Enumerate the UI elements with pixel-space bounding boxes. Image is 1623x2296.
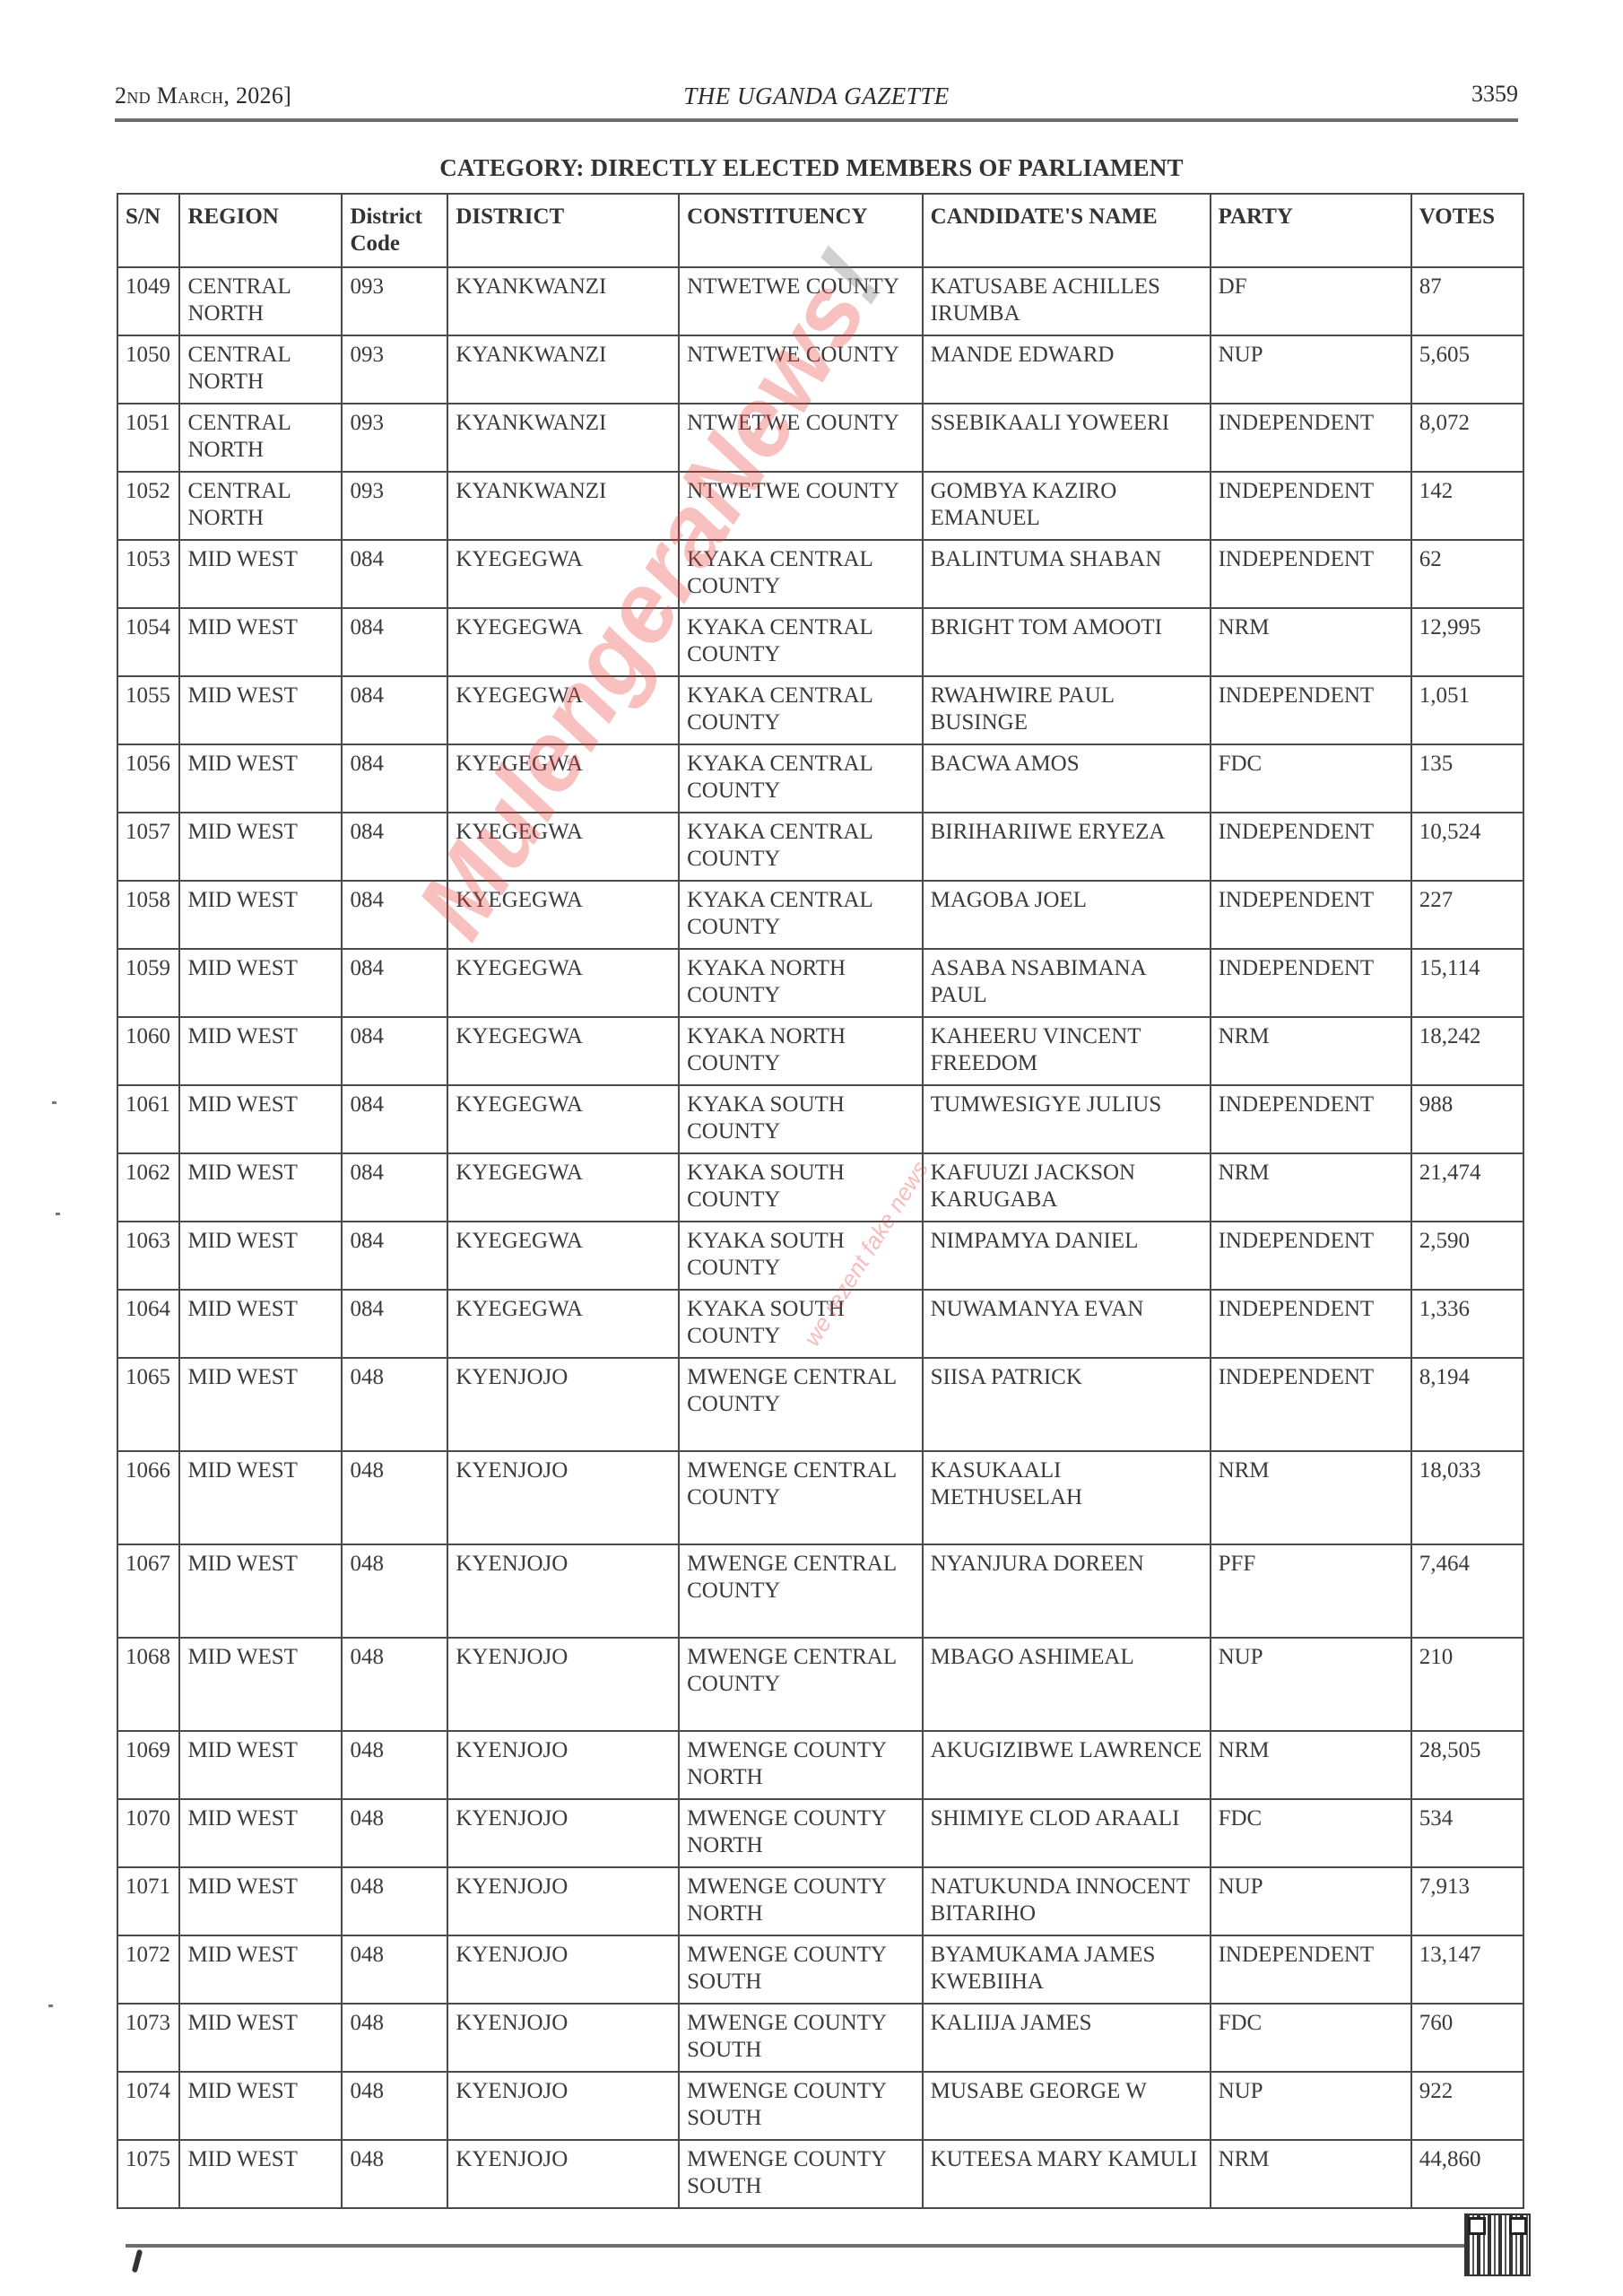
cell-candidate-name: BACWA AMOS	[923, 744, 1211, 813]
cell-region: MID WEST	[179, 676, 342, 744]
publication-title: THE UGANDA GAZETTE	[115, 83, 1518, 110]
header-rule	[115, 118, 1518, 122]
cell-party: NRM	[1211, 1451, 1411, 1544]
cell-district-code: 084	[342, 1017, 447, 1085]
column-header: PARTY	[1211, 194, 1411, 267]
column-header: S/N	[117, 194, 179, 267]
cell-sn: 1073	[117, 2004, 179, 2072]
cell-candidate-name: MANDE EDWARD	[923, 335, 1211, 404]
cell-votes: 18,033	[1411, 1451, 1523, 1544]
scan-speck	[48, 2005, 53, 2007]
cell-votes: 10,524	[1411, 813, 1523, 881]
cell-district-code: 084	[342, 540, 447, 608]
cell-party: INDEPENDENT	[1211, 1358, 1411, 1451]
cell-sn: 1071	[117, 1867, 179, 1935]
cell-district-code: 093	[342, 335, 447, 404]
cell-region: MID WEST	[179, 1799, 342, 1867]
cell-constituency: KYAKA CENTRAL COUNTY	[679, 881, 923, 949]
cell-candidate-name: RWAHWIRE PAUL BUSINGE	[923, 676, 1211, 744]
cell-candidate-name: NIMPAMYA DANIEL	[923, 1222, 1211, 1290]
cell-district: KYANKWANZI	[447, 472, 679, 540]
cell-district: KYENJOJO	[447, 2140, 679, 2208]
cell-sn: 1059	[117, 949, 179, 1017]
category-title: CATEGORY: DIRECTLY ELECTED MEMBERS OF PA…	[0, 154, 1623, 182]
cell-constituency: KYAKA SOUTH COUNTY	[679, 1153, 923, 1222]
cell-votes: 21,474	[1411, 1153, 1523, 1222]
cell-region: CENTRAL NORTH	[179, 335, 342, 404]
table-row: 1051CENTRAL NORTH093KYANKWANZINTWETWE CO…	[117, 404, 1523, 472]
cell-votes: 1,336	[1411, 1290, 1523, 1358]
table-row: 1066MID WEST048KYENJOJOMWENGE CENTRAL CO…	[117, 1451, 1523, 1544]
cell-votes: 7,913	[1411, 1867, 1523, 1935]
cell-votes: 760	[1411, 2004, 1523, 2072]
cell-district-code: 084	[342, 676, 447, 744]
cell-region: MID WEST	[179, 744, 342, 813]
cell-candidate-name: MUSABE GEORGE W	[923, 2072, 1211, 2140]
cell-candidate-name: KATUSABE ACHILLES IRUMBA	[923, 267, 1211, 335]
cell-party: INDEPENDENT	[1211, 1085, 1411, 1153]
cell-district: KYENJOJO	[447, 1358, 679, 1451]
column-header: CANDIDATE'S NAME	[923, 194, 1211, 267]
cell-region: CENTRAL NORTH	[179, 472, 342, 540]
cell-party: NUP	[1211, 2072, 1411, 2140]
cell-votes: 5,605	[1411, 335, 1523, 404]
cell-votes: 8,194	[1411, 1358, 1523, 1451]
table-row: 1052CENTRAL NORTH093KYANKWANZINTWETWE CO…	[117, 472, 1523, 540]
cell-district-code: 084	[342, 1222, 447, 1290]
cell-party: PFF	[1211, 1544, 1411, 1638]
cell-district-code: 093	[342, 404, 447, 472]
cell-votes: 210	[1411, 1638, 1523, 1731]
cell-district: KYENJOJO	[447, 1731, 679, 1799]
cell-district-code: 048	[342, 2072, 447, 2140]
cell-sn: 1064	[117, 1290, 179, 1358]
cell-sn: 1061	[117, 1085, 179, 1153]
cell-candidate-name: TUMWESIGYE JULIUS	[923, 1085, 1211, 1153]
cell-sn: 1063	[117, 1222, 179, 1290]
cell-region: MID WEST	[179, 1358, 342, 1451]
cell-constituency: KYAKA CENTRAL COUNTY	[679, 540, 923, 608]
table-header-row: S/NREGIONDistrict CodeDISTRICTCONSTITUEN…	[117, 194, 1523, 267]
cell-constituency: KYAKA CENTRAL COUNTY	[679, 744, 923, 813]
cell-constituency: MWENGE COUNTY SOUTH	[679, 2004, 923, 2072]
cell-party: NRM	[1211, 608, 1411, 676]
cell-sn: 1053	[117, 540, 179, 608]
cell-votes: 12,995	[1411, 608, 1523, 676]
cell-district: KYEGEGWA	[447, 949, 679, 1017]
cell-district: KYENJOJO	[447, 1935, 679, 2004]
cell-party: FDC	[1211, 1799, 1411, 1867]
cell-district: KYENJOJO	[447, 2072, 679, 2140]
cell-district-code: 084	[342, 1085, 447, 1153]
cell-party: FDC	[1211, 744, 1411, 813]
cell-candidate-name: GOMBYA KAZIRO EMANUEL	[923, 472, 1211, 540]
cell-region: MID WEST	[179, 1085, 342, 1153]
cell-district-code: 048	[342, 2140, 447, 2208]
cell-party: NRM	[1211, 1153, 1411, 1222]
cell-votes: 44,860	[1411, 2140, 1523, 2208]
footer-rule	[126, 2244, 1466, 2248]
cell-district: KYANKWANZI	[447, 404, 679, 472]
cell-district: KYENJOJO	[447, 1867, 679, 1935]
cell-district: KYENJOJO	[447, 1544, 679, 1638]
cell-votes: 18,242	[1411, 1017, 1523, 1085]
table-row: 1063MID WEST084KYEGEGWAKYAKA SOUTH COUNT…	[117, 1222, 1523, 1290]
cell-sn: 1069	[117, 1731, 179, 1799]
cell-constituency: MWENGE CENTRAL COUNTY	[679, 1638, 923, 1731]
cell-district-code: 048	[342, 1731, 447, 1799]
cell-district: KYENJOJO	[447, 1451, 679, 1544]
cell-constituency: MWENGE CENTRAL COUNTY	[679, 1358, 923, 1451]
cell-district-code: 048	[342, 1544, 447, 1638]
cell-region: MID WEST	[179, 1017, 342, 1085]
scan-speck	[56, 1213, 60, 1215]
table-row: 1075MID WEST048KYENJOJOMWENGE COUNTY SOU…	[117, 2140, 1523, 2208]
scan-speck	[52, 1101, 56, 1104]
cell-region: MID WEST	[179, 1544, 342, 1638]
cell-candidate-name: KAHEERU VINCENT FREEDOM	[923, 1017, 1211, 1085]
cell-candidate-name: BIRIHARIIWE ERYEZA	[923, 813, 1211, 881]
cell-constituency: KYAKA SOUTH COUNTY	[679, 1290, 923, 1358]
table-row: 1067MID WEST048KYENJOJOMWENGE CENTRAL CO…	[117, 1544, 1523, 1638]
cell-district-code: 084	[342, 949, 447, 1017]
cell-region: MID WEST	[179, 1290, 342, 1358]
page-header: 2nd March, 2026] THE UGANDA GAZETTE 3359	[115, 79, 1518, 120]
cell-sn: 1057	[117, 813, 179, 881]
cell-region: MID WEST	[179, 2004, 342, 2072]
table-row: 1058MID WEST084KYEGEGWAKYAKA CENTRAL COU…	[117, 881, 1523, 949]
cell-district-code: 093	[342, 267, 447, 335]
table-row: 1054MID WEST084KYEGEGWAKYAKA CENTRAL COU…	[117, 608, 1523, 676]
cell-constituency: KYAKA SOUTH COUNTY	[679, 1085, 923, 1153]
cell-party: FDC	[1211, 2004, 1411, 2072]
cell-candidate-name: MAGOBA JOEL	[923, 881, 1211, 949]
cell-sn: 1049	[117, 267, 179, 335]
cell-candidate-name: SHIMIYE CLOD ARAALI	[923, 1799, 1211, 1867]
table-row: 1065MID WEST048KYENJOJOMWENGE CENTRAL CO…	[117, 1358, 1523, 1451]
cell-district: KYEGEGWA	[447, 1085, 679, 1153]
cell-party: INDEPENDENT	[1211, 404, 1411, 472]
table-row: 1068MID WEST048KYENJOJOMWENGE CENTRAL CO…	[117, 1638, 1523, 1731]
cell-district: KYENJOJO	[447, 1638, 679, 1731]
cell-candidate-name: BYAMUKAMA JAMES KWEBIIHA	[923, 1935, 1211, 2004]
cell-party: INDEPENDENT	[1211, 1222, 1411, 1290]
cell-constituency: NTWETWE COUNTY	[679, 472, 923, 540]
cell-district: KYEGEGWA	[447, 881, 679, 949]
cell-district: KYEGEGWA	[447, 1222, 679, 1290]
cell-region: MID WEST	[179, 813, 342, 881]
column-header: VOTES	[1411, 194, 1523, 267]
cell-region: MID WEST	[179, 1222, 342, 1290]
column-header: District Code	[342, 194, 447, 267]
cell-constituency: MWENGE COUNTY NORTH	[679, 1731, 923, 1799]
cell-votes: 534	[1411, 1799, 1523, 1867]
cell-votes: 15,114	[1411, 949, 1523, 1017]
cell-votes: 62	[1411, 540, 1523, 608]
cell-district-code: 084	[342, 881, 447, 949]
cell-sn: 1058	[117, 881, 179, 949]
cell-region: MID WEST	[179, 1451, 342, 1544]
results-table: S/NREGIONDistrict CodeDISTRICTCONSTITUEN…	[117, 193, 1524, 2209]
table-body: 1049CENTRAL NORTH093KYANKWANZINTWETWE CO…	[117, 267, 1523, 2208]
cell-votes: 2,590	[1411, 1222, 1523, 1290]
cell-candidate-name: AKUGIZIBWE LAWRENCE	[923, 1731, 1211, 1799]
cell-candidate-name: MBAGO ASHIMEAL	[923, 1638, 1211, 1731]
cell-votes: 28,505	[1411, 1731, 1523, 1799]
cell-votes: 13,147	[1411, 1935, 1523, 2004]
cell-district-code: 084	[342, 1153, 447, 1222]
cell-region: CENTRAL NORTH	[179, 404, 342, 472]
table-row: 1073MID WEST048KYENJOJOMWENGE COUNTY SOU…	[117, 2004, 1523, 2072]
cell-region: MID WEST	[179, 1867, 342, 1935]
cell-candidate-name: NATUKUNDA INNOCENT BITARIHO	[923, 1867, 1211, 1935]
column-header: REGION	[179, 194, 342, 267]
cell-votes: 142	[1411, 472, 1523, 540]
cell-party: INDEPENDENT	[1211, 1935, 1411, 2004]
cell-candidate-name: BALINTUMA SHABAN	[923, 540, 1211, 608]
table-row: 1060MID WEST084KYEGEGWAKYAKA NORTH COUNT…	[117, 1017, 1523, 1085]
table-row: 1062MID WEST084KYEGEGWAKYAKA SOUTH COUNT…	[117, 1153, 1523, 1222]
cell-district-code: 093	[342, 472, 447, 540]
cell-candidate-name: KASUKAALI METHUSELAH	[923, 1451, 1211, 1544]
table-row: 1061MID WEST084KYEGEGWAKYAKA SOUTH COUNT…	[117, 1085, 1523, 1153]
cell-district-code: 084	[342, 744, 447, 813]
cell-party: NUP	[1211, 335, 1411, 404]
cell-region: MID WEST	[179, 881, 342, 949]
cell-district-code: 084	[342, 1290, 447, 1358]
cell-region: MID WEST	[179, 2072, 342, 2140]
cell-candidate-name: KALIIJA JAMES	[923, 2004, 1211, 2072]
cell-district: KYANKWANZI	[447, 335, 679, 404]
cell-constituency: MWENGE COUNTY SOUTH	[679, 2072, 923, 2140]
cell-region: MID WEST	[179, 949, 342, 1017]
pen-mark	[132, 2249, 143, 2274]
cell-district: KYEGEGWA	[447, 676, 679, 744]
cell-sn: 1054	[117, 608, 179, 676]
cell-sn: 1070	[117, 1799, 179, 1867]
cell-region: CENTRAL NORTH	[179, 267, 342, 335]
cell-candidate-name: BRIGHT TOM AMOOTI	[923, 608, 1211, 676]
cell-constituency: KYAKA CENTRAL COUNTY	[679, 813, 923, 881]
cell-votes: 922	[1411, 2072, 1523, 2140]
cell-party: DF	[1211, 267, 1411, 335]
cell-sn: 1055	[117, 676, 179, 744]
cell-candidate-name: KAFUUZI JACKSON KARUGABA	[923, 1153, 1211, 1222]
cell-district-code: 048	[342, 1867, 447, 1935]
cell-district-code: 048	[342, 1358, 447, 1451]
cell-district: KYEGEGWA	[447, 540, 679, 608]
table-row: 1059MID WEST084KYEGEGWAKYAKA NORTH COUNT…	[117, 949, 1523, 1017]
cell-sn: 1050	[117, 335, 179, 404]
cell-party: NUP	[1211, 1867, 1411, 1935]
cell-district-code: 084	[342, 608, 447, 676]
cell-party: INDEPENDENT	[1211, 949, 1411, 1017]
cell-constituency: NTWETWE COUNTY	[679, 335, 923, 404]
cell-party: INDEPENDENT	[1211, 813, 1411, 881]
cell-district: KYEGEGWA	[447, 744, 679, 813]
cell-sn: 1074	[117, 2072, 179, 2140]
cell-sn: 1072	[117, 1935, 179, 2004]
cell-sn: 1065	[117, 1358, 179, 1451]
cell-sn: 1060	[117, 1017, 179, 1085]
cell-votes: 8,072	[1411, 404, 1523, 472]
cell-party: INDEPENDENT	[1211, 676, 1411, 744]
cell-constituency: KYAKA SOUTH COUNTY	[679, 1222, 923, 1290]
cell-votes: 988	[1411, 1085, 1523, 1153]
table-row: 1071MID WEST048KYENJOJOMWENGE COUNTY NOR…	[117, 1867, 1523, 1935]
cell-sn: 1067	[117, 1544, 179, 1638]
cell-district: KYEGEGWA	[447, 1017, 679, 1085]
cell-constituency: MWENGE COUNTY SOUTH	[679, 2140, 923, 2208]
cell-region: MID WEST	[179, 540, 342, 608]
column-header: CONSTITUENCY	[679, 194, 923, 267]
cell-constituency: NTWETWE COUNTY	[679, 267, 923, 335]
cell-constituency: MWENGE CENTRAL COUNTY	[679, 1544, 923, 1638]
table-row: 1050CENTRAL NORTH093KYANKWANZINTWETWE CO…	[117, 335, 1523, 404]
cell-district-code: 048	[342, 1638, 447, 1731]
table-row: 1057MID WEST084KYEGEGWAKYAKA CENTRAL COU…	[117, 813, 1523, 881]
cell-constituency: MWENGE COUNTY SOUTH	[679, 1935, 923, 2004]
cell-party: INDEPENDENT	[1211, 472, 1411, 540]
cell-district: KYEGEGWA	[447, 1290, 679, 1358]
cell-candidate-name: NYANJURA DOREEN	[923, 1544, 1211, 1638]
cell-votes: 135	[1411, 744, 1523, 813]
cell-district-code: 048	[342, 1935, 447, 2004]
cell-party: INDEPENDENT	[1211, 1290, 1411, 1358]
cell-district: KYANKWANZI	[447, 267, 679, 335]
cell-sn: 1062	[117, 1153, 179, 1222]
cell-sn: 1075	[117, 2140, 179, 2208]
cell-constituency: MWENGE CENTRAL COUNTY	[679, 1451, 923, 1544]
cell-district: KYEGEGWA	[447, 1153, 679, 1222]
cell-votes: 227	[1411, 881, 1523, 949]
qr-code-icon	[1466, 2215, 1529, 2274]
cell-party: NRM	[1211, 2140, 1411, 2208]
cell-votes: 1,051	[1411, 676, 1523, 744]
cell-party: NRM	[1211, 1017, 1411, 1085]
cell-sn: 1068	[117, 1638, 179, 1731]
cell-region: MID WEST	[179, 1731, 342, 1799]
page-number: 3359	[1471, 81, 1518, 108]
cell-candidate-name: ASABA NSABIMANA PAUL	[923, 949, 1211, 1017]
cell-party: NUP	[1211, 1638, 1411, 1731]
cell-region: MID WEST	[179, 608, 342, 676]
cell-district: KYENJOJO	[447, 2004, 679, 2072]
cell-votes: 7,464	[1411, 1544, 1523, 1638]
cell-district-code: 048	[342, 1799, 447, 1867]
cell-constituency: NTWETWE COUNTY	[679, 404, 923, 472]
table-row: 1070MID WEST048KYENJOJOMWENGE COUNTY NOR…	[117, 1799, 1523, 1867]
cell-region: MID WEST	[179, 1638, 342, 1731]
cell-constituency: KYAKA CENTRAL COUNTY	[679, 676, 923, 744]
cell-district-code: 048	[342, 2004, 447, 2072]
cell-constituency: KYAKA NORTH COUNTY	[679, 949, 923, 1017]
table-row: 1056MID WEST084KYEGEGWAKYAKA CENTRAL COU…	[117, 744, 1523, 813]
cell-constituency: KYAKA CENTRAL COUNTY	[679, 608, 923, 676]
column-header: DISTRICT	[447, 194, 679, 267]
cell-constituency: MWENGE COUNTY NORTH	[679, 1799, 923, 1867]
cell-district-code: 048	[342, 1451, 447, 1544]
cell-district: KYEGEGWA	[447, 813, 679, 881]
cell-candidate-name: SSEBIKAALI YOWEERI	[923, 404, 1211, 472]
cell-region: MID WEST	[179, 2140, 342, 2208]
cell-region: MID WEST	[179, 1153, 342, 1222]
table-row: 1069MID WEST048KYENJOJOMWENGE COUNTY NOR…	[117, 1731, 1523, 1799]
cell-party: INDEPENDENT	[1211, 881, 1411, 949]
cell-candidate-name: SIISA PATRICK	[923, 1358, 1211, 1451]
table-row: 1053MID WEST084KYEGEGWAKYAKA CENTRAL COU…	[117, 540, 1523, 608]
cell-sn: 1052	[117, 472, 179, 540]
cell-candidate-name: KUTEESA MARY KAMULI	[923, 2140, 1211, 2208]
table-row: 1055MID WEST084KYEGEGWAKYAKA CENTRAL COU…	[117, 676, 1523, 744]
cell-sn: 1066	[117, 1451, 179, 1544]
cell-sn: 1056	[117, 744, 179, 813]
cell-district: KYEGEGWA	[447, 608, 679, 676]
table-row: 1049CENTRAL NORTH093KYANKWANZINTWETWE CO…	[117, 267, 1523, 335]
table-row: 1072MID WEST048KYENJOJOMWENGE COUNTY SOU…	[117, 1935, 1523, 2004]
cell-votes: 87	[1411, 267, 1523, 335]
cell-party: NRM	[1211, 1731, 1411, 1799]
table-row: 1064MID WEST084KYEGEGWAKYAKA SOUTH COUNT…	[117, 1290, 1523, 1358]
table-row: 1074MID WEST048KYENJOJOMWENGE COUNTY SOU…	[117, 2072, 1523, 2140]
cell-district-code: 084	[342, 813, 447, 881]
cell-sn: 1051	[117, 404, 179, 472]
cell-candidate-name: NUWAMANYA EVAN	[923, 1290, 1211, 1358]
cell-district: KYENJOJO	[447, 1799, 679, 1867]
cell-constituency: MWENGE COUNTY NORTH	[679, 1867, 923, 1935]
cell-constituency: KYAKA NORTH COUNTY	[679, 1017, 923, 1085]
cell-region: MID WEST	[179, 1935, 342, 2004]
cell-party: INDEPENDENT	[1211, 540, 1411, 608]
